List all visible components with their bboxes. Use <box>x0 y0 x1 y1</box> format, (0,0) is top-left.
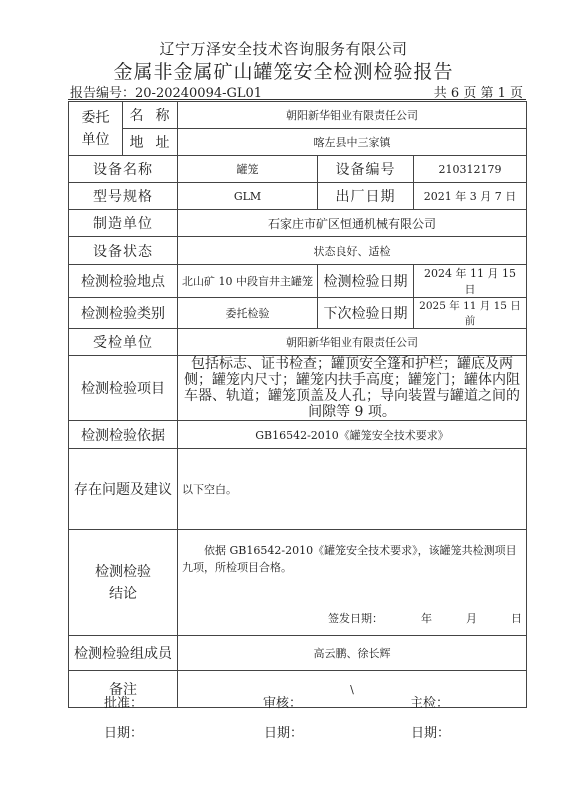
equip-no-label: 设备编号 <box>318 156 414 183</box>
inspector-label: 主检： <box>410 692 449 711</box>
items-value: 包括标志、证书检查；罐顶安全篷和护栏；罐底及两侧；罐笼内尺寸；罐笼内扶手高度；罐… <box>178 356 527 421</box>
review-label: 审核： <box>263 692 302 711</box>
report-title: 金属非金属矿山罐笼安全检测检验报告 <box>0 57 567 84</box>
insp-date-label: 检测检验日期 <box>318 265 414 298</box>
client-label: 委托 单位 <box>69 102 123 156</box>
model-label: 型号规格 <box>69 183 178 210</box>
row-basis: 检测检验依据 GB16542-2010《罐笼安全技术要求》 <box>69 421 527 449</box>
sign-day: 日 <box>511 610 522 626</box>
row-team: 检测检验组成员 高云鹏、徐长辉 <box>69 636 527 671</box>
row-equipment: 设备名称 罐笼 设备编号 210312179 <box>69 156 527 183</box>
row-items: 检测检验项目 包括标志、证书检查；罐顶安全篷和护栏；罐底及两侧；罐笼内尺寸；罐笼… <box>69 356 527 421</box>
location-label: 检测检验地点 <box>69 265 178 298</box>
sign-date: 签发日期：年月日 <box>182 610 522 626</box>
row-maker: 制造单位 石家庄市矿区恒通机械有限公司 <box>69 210 527 237</box>
next-date-label: 下次检验日期 <box>318 298 414 329</box>
row-issues: 存在问题及建议 以下空白。 <box>69 449 527 530</box>
client-label-line1: 委托 <box>73 107 118 129</box>
sign-year: 年 <box>421 610 432 626</box>
client-label-line2: 单位 <box>73 129 118 151</box>
row-status: 设备状态 状态良好、适检 <box>69 237 527 265</box>
review-date-label: 日期： <box>264 722 303 741</box>
conclusion-label: 检测检验 结论 <box>69 530 178 636</box>
model-value: GLM <box>178 183 318 210</box>
header-rule <box>68 99 526 100</box>
name-label: 名 称 <box>123 102 178 129</box>
row-location: 检测检验地点 北山矿 10 中段盲井主罐笼 检测检验日期 2024 年 11 月… <box>69 265 527 298</box>
insp-date-value: 2024 年 11 月 15 日 <box>414 265 527 298</box>
address-value: 喀左县中三家镇 <box>178 129 527 156</box>
category-value: 委托检验 <box>178 298 318 329</box>
row-client-name: 委托 单位 名 称 朝阳新华钼业有限责任公司 <box>69 102 527 129</box>
inspector-date-label: 日期： <box>411 722 450 741</box>
approve-label: 批准： <box>104 692 143 711</box>
sign-date-label: 签发日期： <box>328 610 383 626</box>
status-label: 设备状态 <box>69 237 178 265</box>
inspected-unit-label: 受检单位 <box>69 329 178 356</box>
name-value: 朝阳新华钼业有限责任公司 <box>178 102 527 129</box>
address-label: 地 址 <box>123 129 178 156</box>
row-inspected-unit: 受检单位 朝阳新华钼业有限责任公司 <box>69 329 527 356</box>
conclusion-label-line2: 结论 <box>73 583 173 605</box>
row-category: 检测检验类别 委托检验 下次检验日期 2025 年 11 月 15 日前 <box>69 298 527 329</box>
next-date-value: 2025 年 11 月 15 日前 <box>414 298 527 329</box>
issues-value: 以下空白。 <box>178 449 527 530</box>
equip-name-label: 设备名称 <box>69 156 178 183</box>
mfg-date-label: 出厂日期 <box>318 183 414 210</box>
row-client-address: 地 址 喀左县中三家镇 <box>69 129 527 156</box>
maker-value: 石家庄市矿区恒通机械有限公司 <box>178 210 527 237</box>
row-conclusion: 检测检验 结论 依据 GB16542-2010《罐笼安全技术要求》，该罐笼共检测… <box>69 530 527 636</box>
basis-label: 检测检验依据 <box>69 421 178 449</box>
maker-label: 制造单位 <box>69 210 178 237</box>
conclusion-label-line1: 检测检验 <box>73 561 173 583</box>
remark-value: \ <box>178 671 527 708</box>
report-table: 委托 单位 名 称 朝阳新华钼业有限责任公司 地 址 喀左县中三家镇 设备名称 … <box>68 101 527 708</box>
approve-date-label: 日期： <box>104 722 143 741</box>
equip-no-value: 210312179 <box>414 156 527 183</box>
team-value: 高云鹏、徐长辉 <box>178 636 527 671</box>
items-label: 检测检验项目 <box>69 356 178 421</box>
sign-month: 月 <box>466 610 477 626</box>
category-label: 检测检验类别 <box>69 298 178 329</box>
equip-name-value: 罐笼 <box>178 156 318 183</box>
mfg-date-value: 2021 年 3 月 7 日 <box>414 183 527 210</box>
issues-label: 存在问题及建议 <box>69 449 178 530</box>
status-value: 状态良好、适检 <box>178 237 527 265</box>
conclusion-cell: 依据 GB16542-2010《罐笼安全技术要求》，该罐笼共检测项目九项，所检项… <box>178 530 527 636</box>
conclusion-value: 依据 GB16542-2010《罐笼安全技术要求》，该罐笼共检测项目九项，所检项… <box>182 542 522 576</box>
location-value: 北山矿 10 中段盲井主罐笼 <box>178 265 318 298</box>
team-label: 检测检验组成员 <box>69 636 178 671</box>
row-model: 型号规格 GLM 出厂日期 2021 年 3 月 7 日 <box>69 183 527 210</box>
basis-value: GB16542-2010《罐笼安全技术要求》 <box>178 421 527 449</box>
org-name: 辽宁万泽安全技术咨询服务有限公司 <box>0 38 567 59</box>
inspected-unit-value: 朝阳新华钼业有限责任公司 <box>178 329 527 356</box>
